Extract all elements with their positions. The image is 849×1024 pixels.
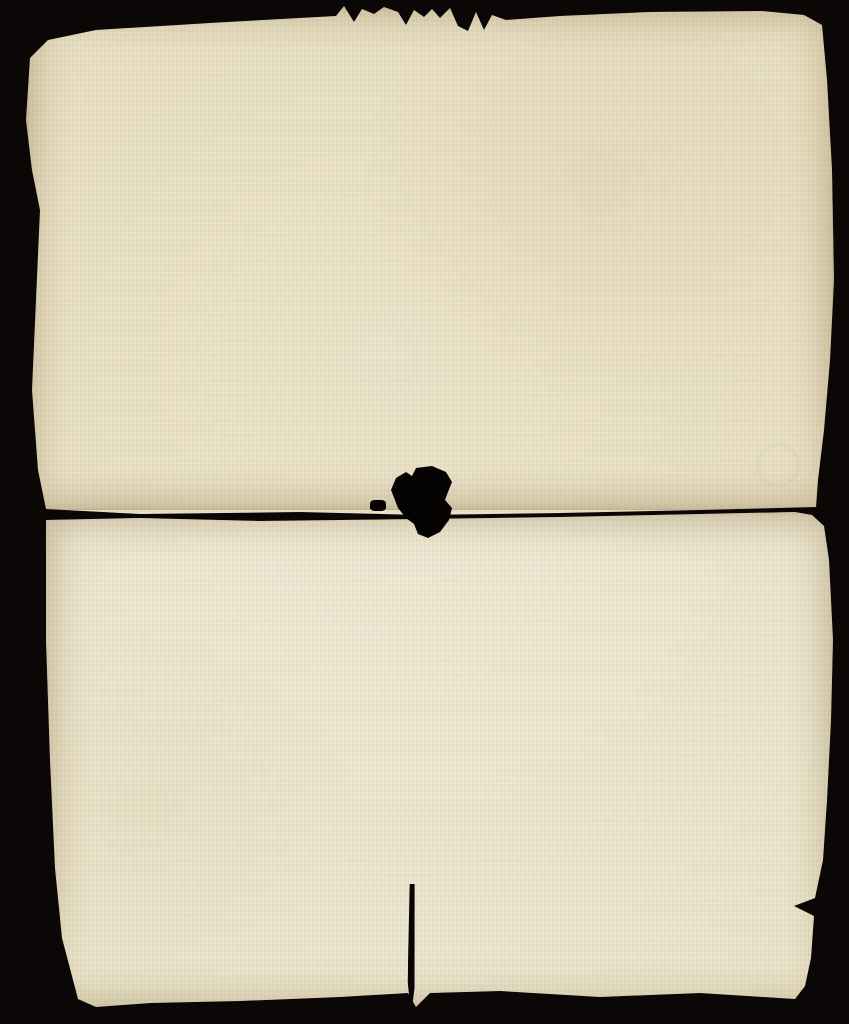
word-officers: [62, 107, 65, 143]
word-gap: [63, 133, 91, 135]
embossed-stamp-circle: [757, 444, 799, 486]
word-patrick: [90, 105, 93, 141]
torn-notch: [370, 500, 386, 511]
title-line-2: [62, 105, 93, 143]
photo-of-manuscript: [0, 0, 849, 1024]
